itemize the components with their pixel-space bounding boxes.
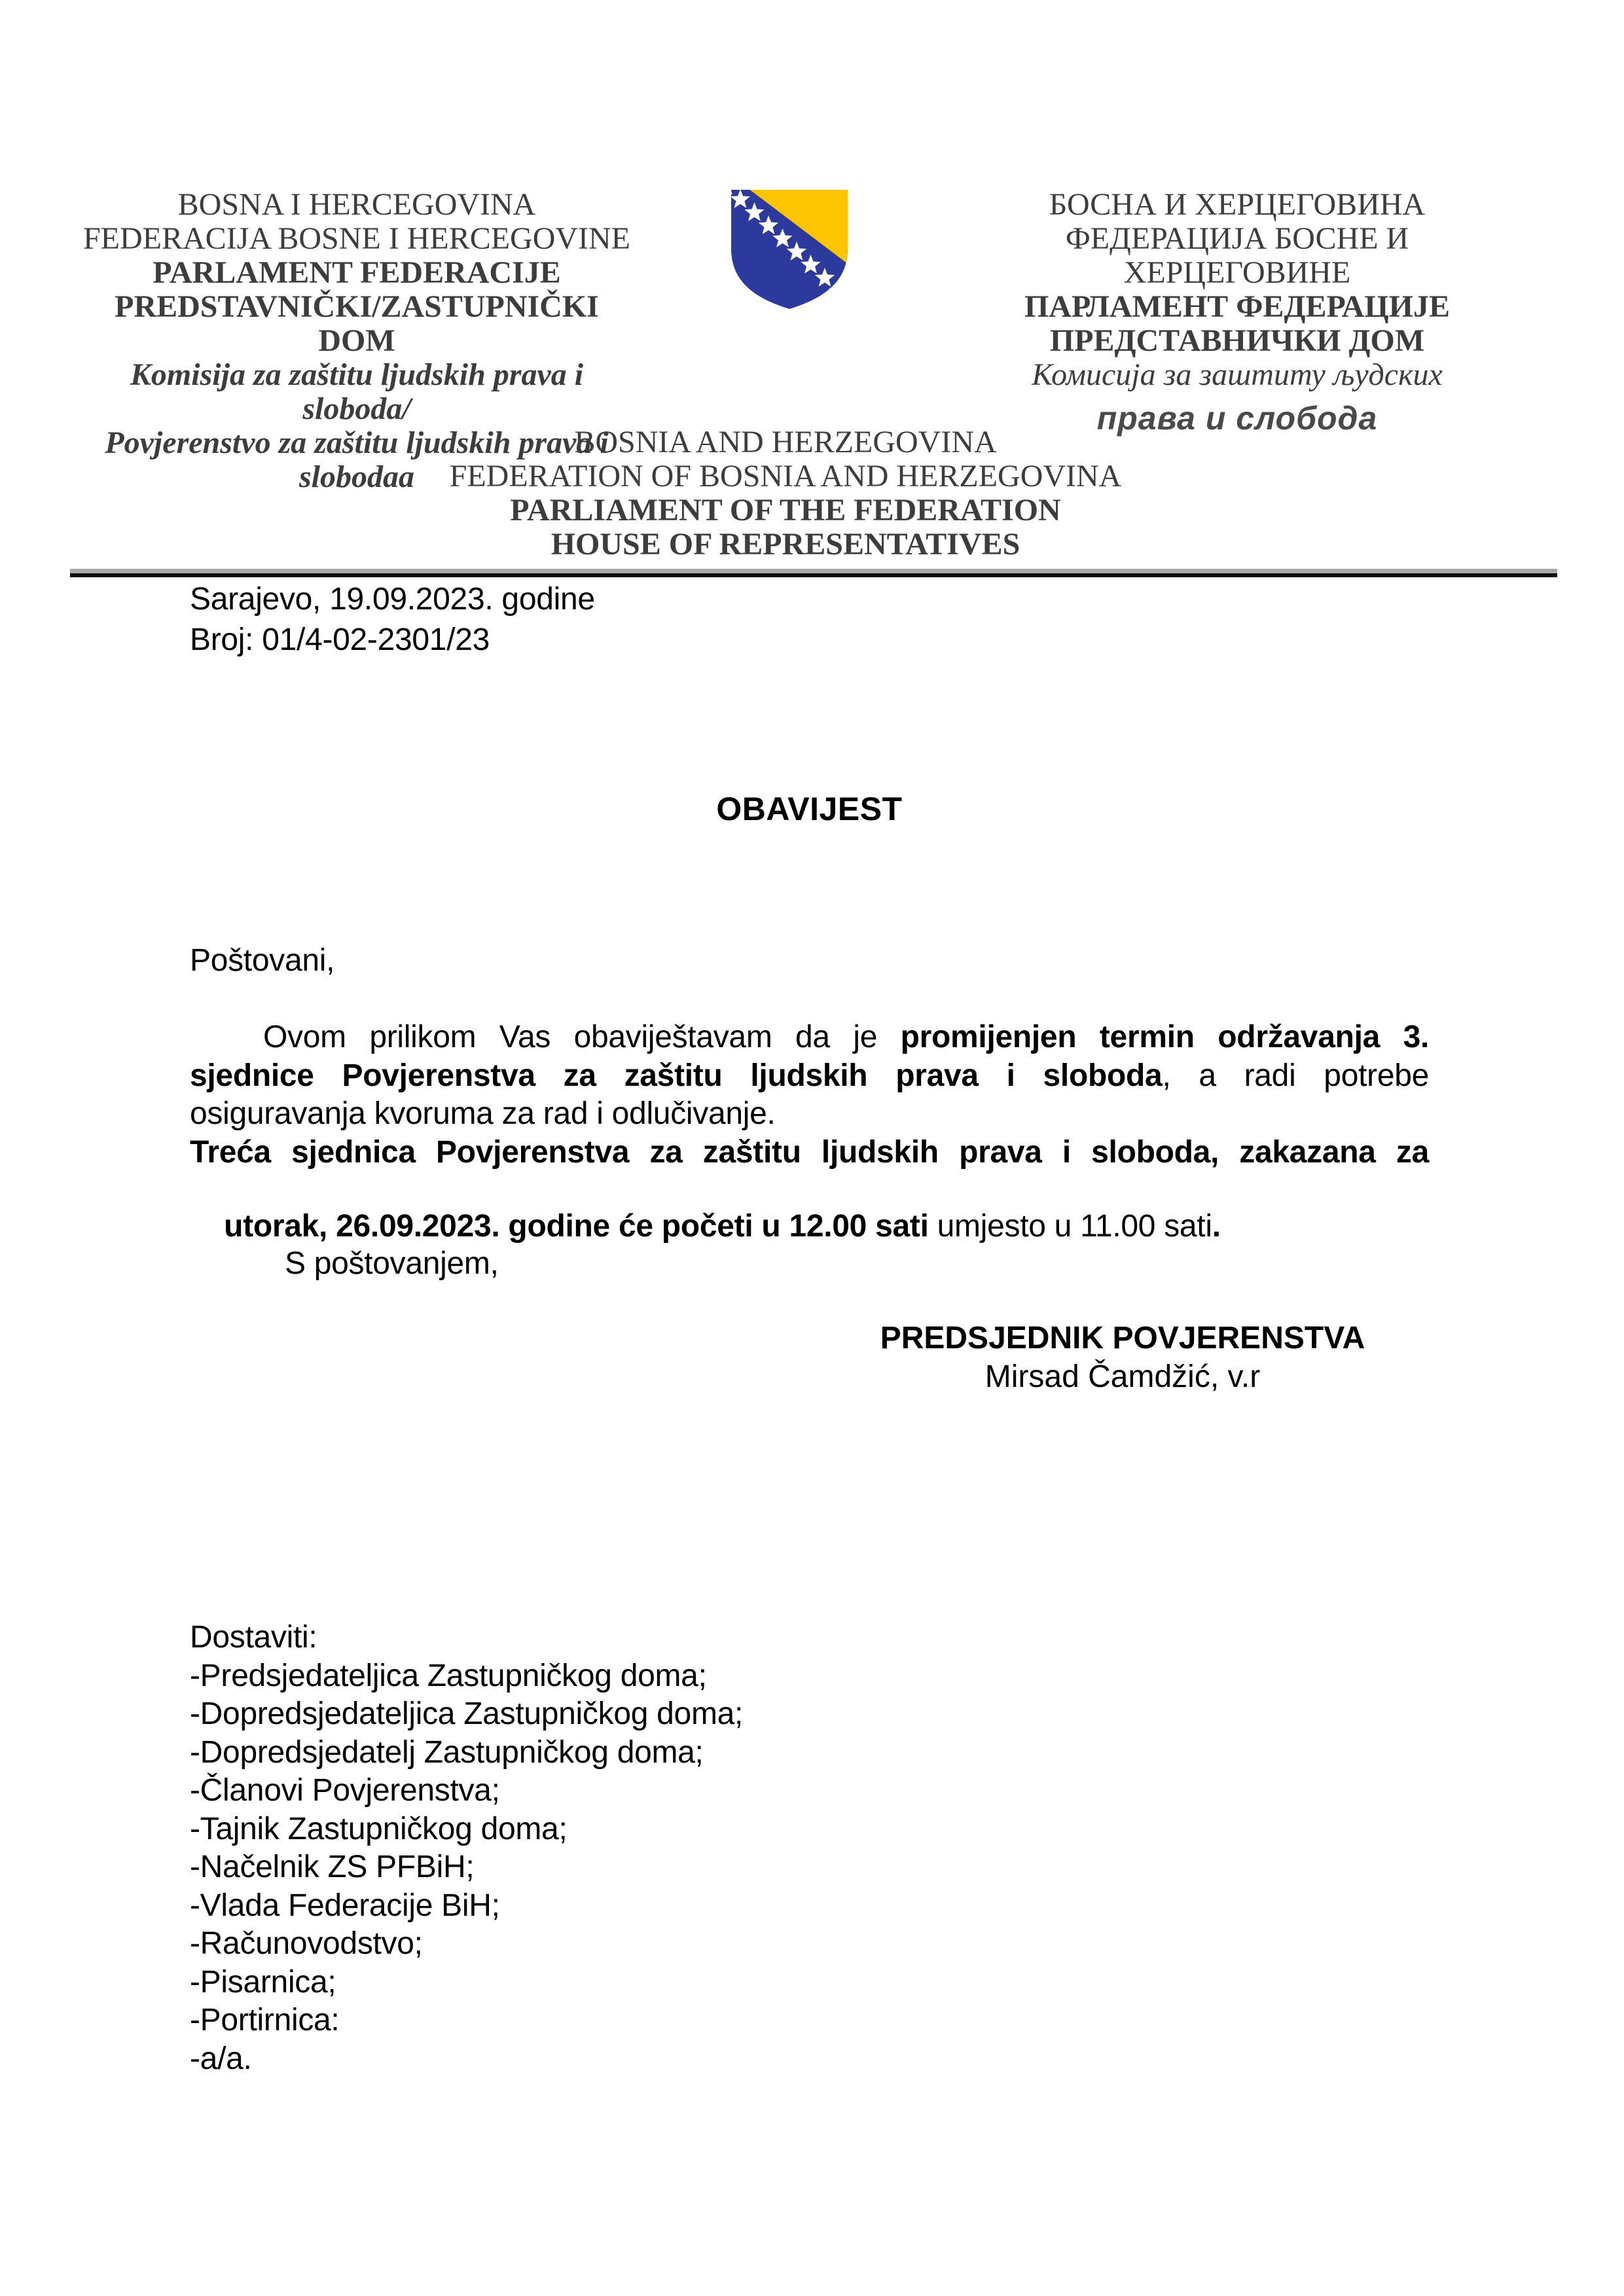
distribution-label: Dostaviti: [190,1619,743,1657]
letterhead-line: ФЕДЕРАЦИЈА БОСНЕ И ХЕРЦЕГОВИНЕ [969,222,1506,290]
letterhead-line: PREDSTAVNIČKI/ZASTUPNIČKI DOM [79,290,635,358]
body-text-bold: sjednice Povjerenstva za zaštitu ljudski… [190,1058,1162,1093]
letterhead-line: FEDERACIJA BOSNE I HERCEGOVINE [79,222,635,256]
document-page: BOSNA I HERCEGOVINA FEDERACIJA BOSNE I H… [0,0,1624,2296]
letterhead-line: FEDERATION OF BOSNIA AND HERZEGOVINA [157,459,1414,493]
letterhead-line: ПАРЛАМЕНТ ФЕДЕРАЦИЈЕ [969,290,1506,324]
letterhead-line: Комисија за заштиту људских [969,358,1506,392]
signature-name: Mirsad Čamdžić, v.r [812,1359,1434,1395]
body-text-bold: . [1212,1209,1221,1244]
body-text: umjesto u 11.00 sati [929,1209,1212,1244]
body-line: Ovom prilikom Vas obaviještavam da je pr… [190,1019,1429,1055]
letterhead-line: PARLIAMENT OF THE FEDERATION [157,493,1414,528]
body-text-bold: promijenjen termin održavanja 3. [901,1020,1429,1054]
list-item: -Portirnica: [190,2001,743,2040]
salutation: Poštovani, [190,942,1429,978]
place-date: Sarajevo, 19.09.2023. godine [190,581,595,617]
list-item: -Vlada Federacije BiH; [190,1887,743,1926]
bih-coat-of-arms-icon [729,188,850,310]
body-text: Ovom prilikom Vas obaviještavam da je [263,1020,901,1054]
closing: S poštovanjem, [285,1246,499,1282]
list-item: -Tajnik Zastupničkog doma; [190,1810,743,1849]
list-item: -Dopredsjedatelj Zastupničkog doma; [190,1734,743,1772]
body-line: sjednice Povjerenstva za zaštitu ljudski… [190,1058,1429,1094]
body-line: osiguravanja kvoruma za rad i odlučivanj… [190,1096,1429,1132]
reference-number: Broj: 01/4-02-2301/23 [190,622,490,658]
letterhead-line: PARLAMENT FEDERACIJE [79,256,635,290]
signature-title: PREDSJEDNIK POVJERENSTVA [812,1320,1434,1356]
body-text: , a radi potrebe [1162,1058,1429,1093]
list-item: -Dopredsjedateljica Zastupničkog doma; [190,1695,743,1734]
letterhead-line: HOUSE OF REPRESENTATIVES [157,528,1414,562]
distribution-list: Dostaviti: -Predsjedateljica Zastupničko… [190,1619,743,2078]
body-line: Treća sjednica Povjerenstva za zaštitu l… [190,1134,1429,1170]
body-text-bold: utorak, 26.09.2023. godine će početi u 1… [224,1209,928,1244]
letterhead-line: ПРЕДСТАВНИЧКИ ДОМ [969,324,1506,358]
letterhead-line: BOSNA I HERCEGOVINA [79,188,635,222]
list-item: -Računovodstvo; [190,1925,743,1964]
letterhead-line: BOSNIA AND HERZEGOVINA [157,425,1414,459]
letterhead-english: BOSNIA AND HERZEGOVINA FEDERATION OF BOS… [157,425,1414,562]
list-item: -Pisarnica; [190,1964,743,2002]
body-text-bold: Treća sjednica Povjerenstva za zaštitu l… [190,1135,1429,1170]
letterhead-cyrillic: БОСНА И ХЕРЦЕГОВИНА ФЕДЕРАЦИЈА БОСНЕ И Х… [969,188,1506,435]
document-title: OBAVIJEST [190,790,1429,828]
letterhead-line: БОСНА И ХЕРЦЕГОВИНА [969,188,1506,222]
list-item: -Članovi Povjerenstva; [190,1772,743,1810]
list-item: -Predsjedateljica Zastupničkog doma; [190,1657,743,1696]
letterhead-divider [70,569,1557,577]
list-item: -Načelnik ZS PFBiH; [190,1848,743,1887]
list-item: -a/a. [190,2040,743,2079]
letterhead-line: Komisija za zaštitu ljudskih prava i slo… [79,358,635,426]
